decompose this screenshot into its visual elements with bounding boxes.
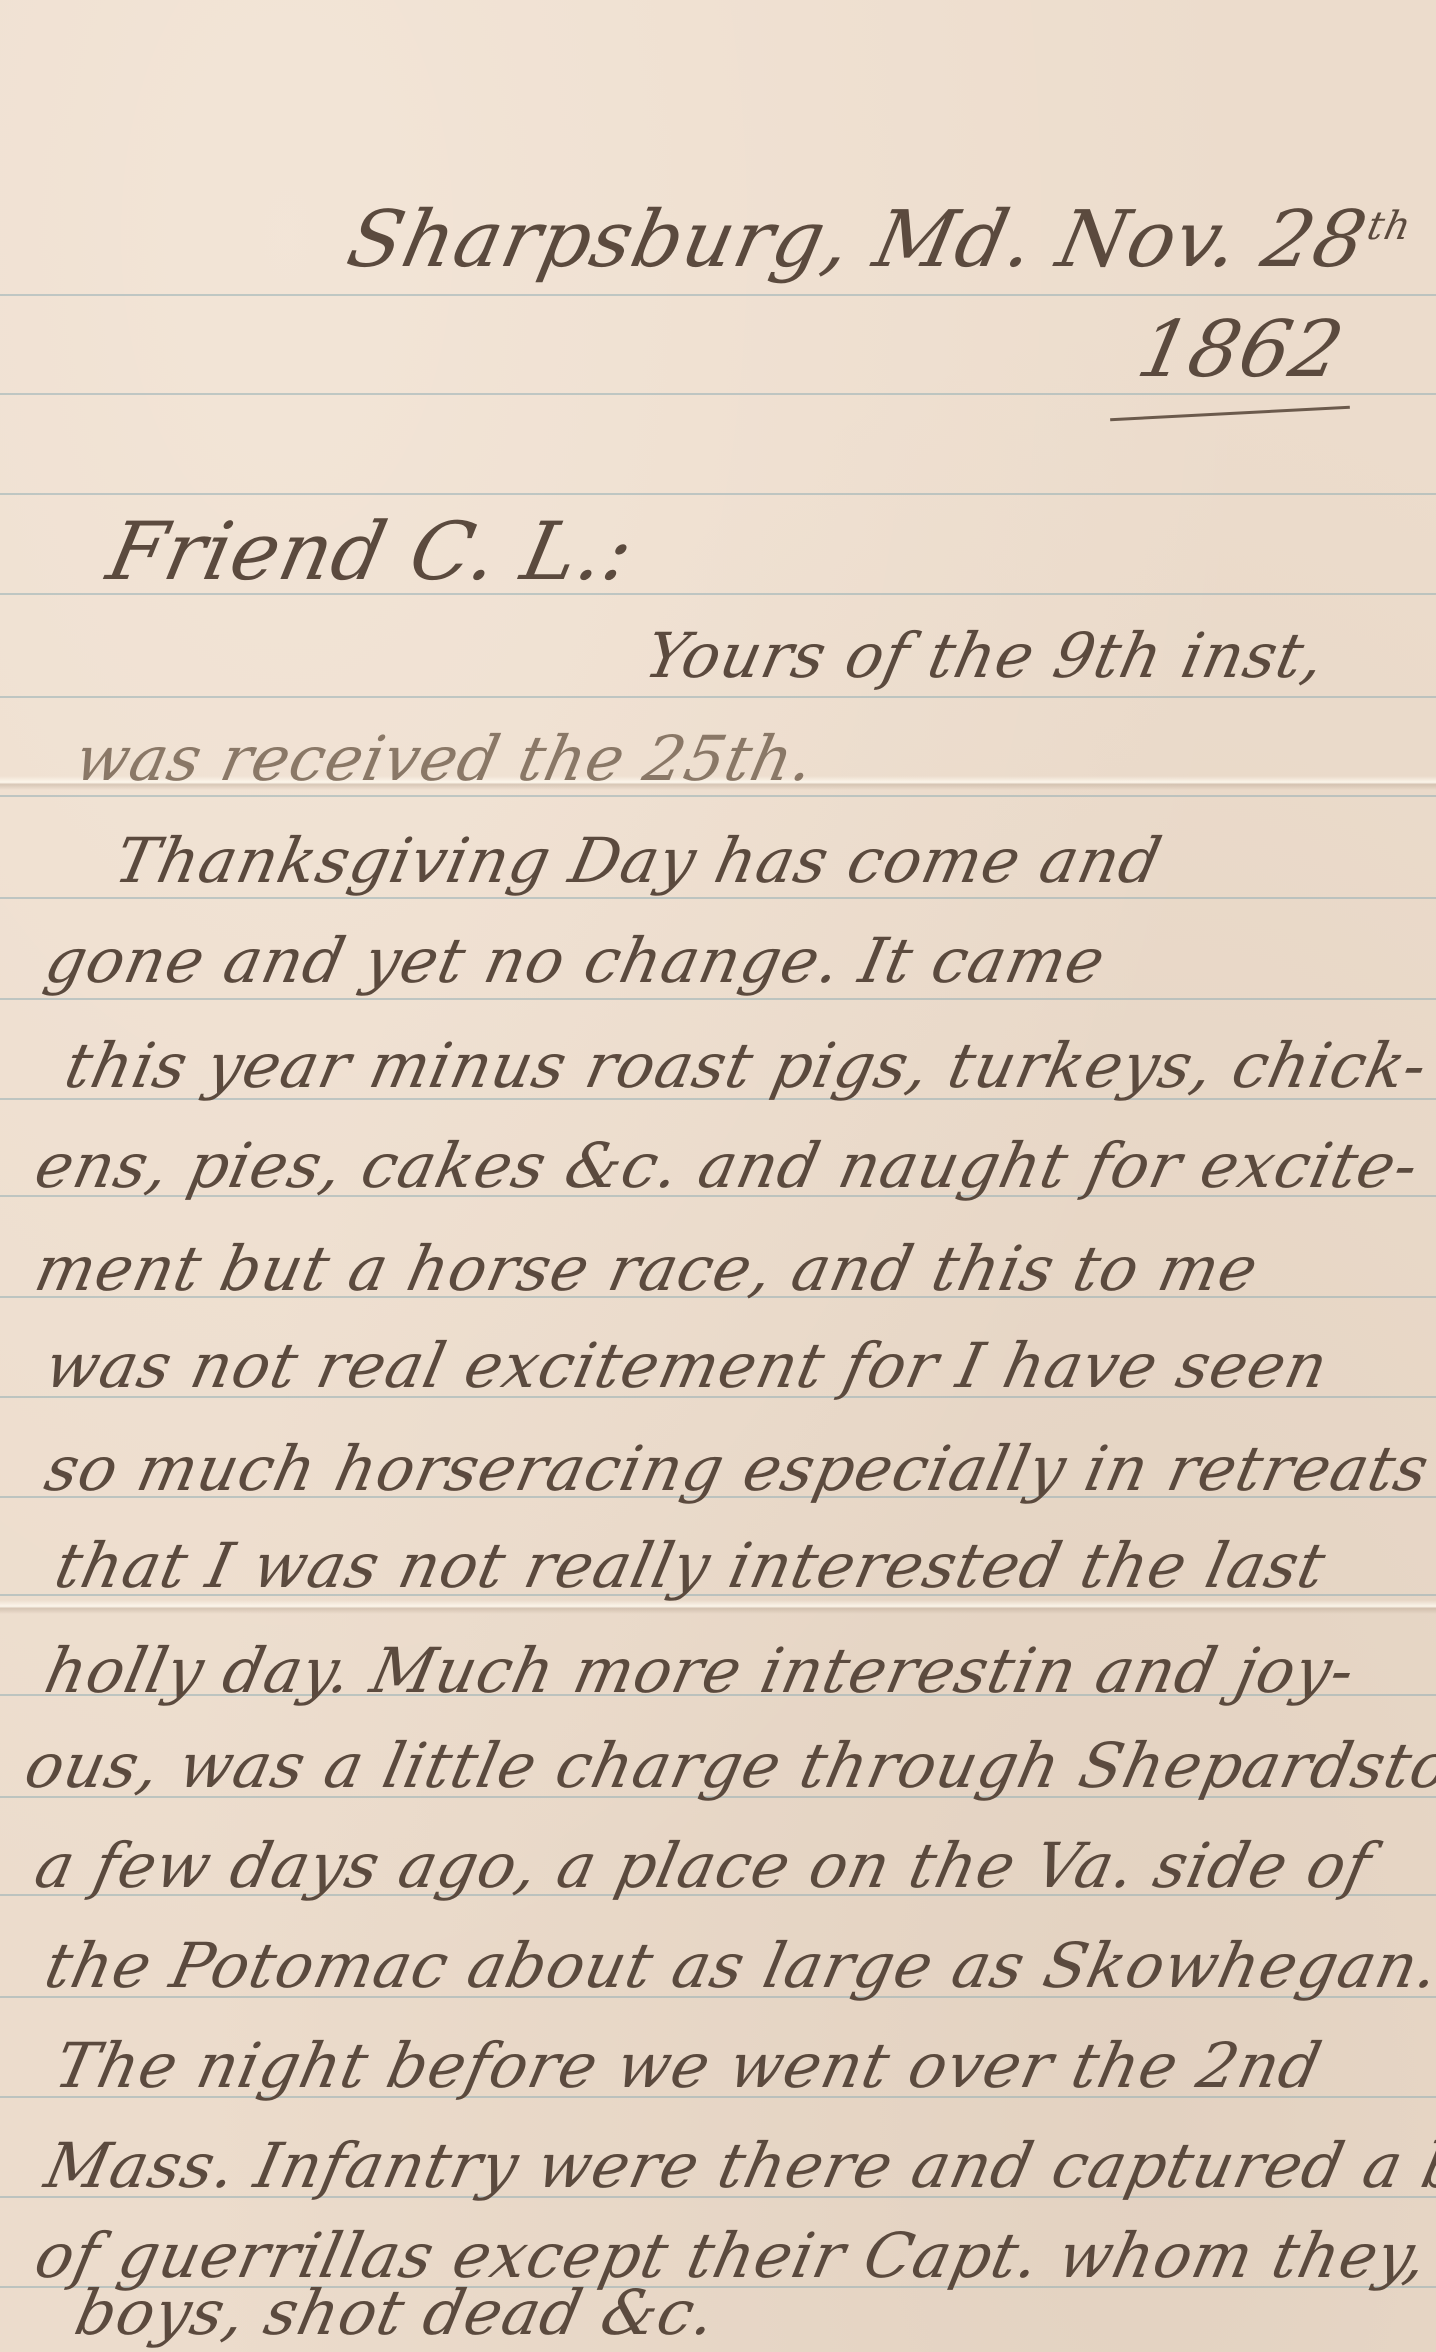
salutation: Friend C. L.: — [100, 505, 642, 598]
body-line: was received the 25th. — [70, 728, 820, 790]
body-line: ous, was a little charge through Shepard… — [20, 1735, 1436, 1797]
ruled-line — [0, 795, 1436, 797]
year: 1862 — [1130, 305, 1352, 395]
body-line: the Potomac about as large as Skowhegan. — [40, 1935, 1436, 1997]
fold-crease — [0, 1600, 1436, 1614]
body-line: holly day. Much more interestin and joy- — [40, 1640, 1360, 1702]
letter-page: Sharpsburg, Md. Nov. 28th 1862 Friend C.… — [0, 0, 1436, 2352]
body-line: gone and yet no change. It came — [40, 930, 1111, 992]
ruled-line — [0, 294, 1436, 296]
ruled-line — [0, 897, 1436, 899]
place-date: Sharpsburg, Md. Nov. 28 — [340, 195, 1375, 285]
body-line: a few days ago, a place on the Va. side … — [30, 1835, 1377, 1897]
body-line: that I was not really interested the las… — [50, 1535, 1331, 1597]
body-line: this year minus roast pigs, turkeys, chi… — [60, 1035, 1433, 1097]
body-line: Mass. Infantry were there and captured a… — [40, 2135, 1436, 2197]
body-line: ens, pies, cakes &c. and naught for exci… — [30, 1135, 1424, 1197]
letter-year: 1862 — [1130, 305, 1352, 395]
body-line: was not real excitement for I have seen — [40, 1335, 1334, 1397]
body-line: Thanksgiving Day has come and — [110, 830, 1167, 892]
year-underline — [1110, 406, 1350, 422]
letter-heading: Sharpsburg, Md. Nov. 28th — [340, 195, 1418, 285]
body-line: Yours of the 9th inst, — [640, 625, 1331, 687]
body-line: ment but a horse race, and this to me — [30, 1238, 1264, 1300]
ruled-line — [0, 998, 1436, 1000]
body-line: boys, shot dead &c. — [70, 2282, 722, 2344]
ruled-line — [0, 696, 1436, 698]
body-line: The night before we went over the 2nd — [50, 2035, 1327, 2097]
body-line: so much horseracing especially in retrea… — [40, 1438, 1435, 1500]
ruled-line — [0, 493, 1436, 495]
date-suffix: th — [1363, 204, 1415, 249]
